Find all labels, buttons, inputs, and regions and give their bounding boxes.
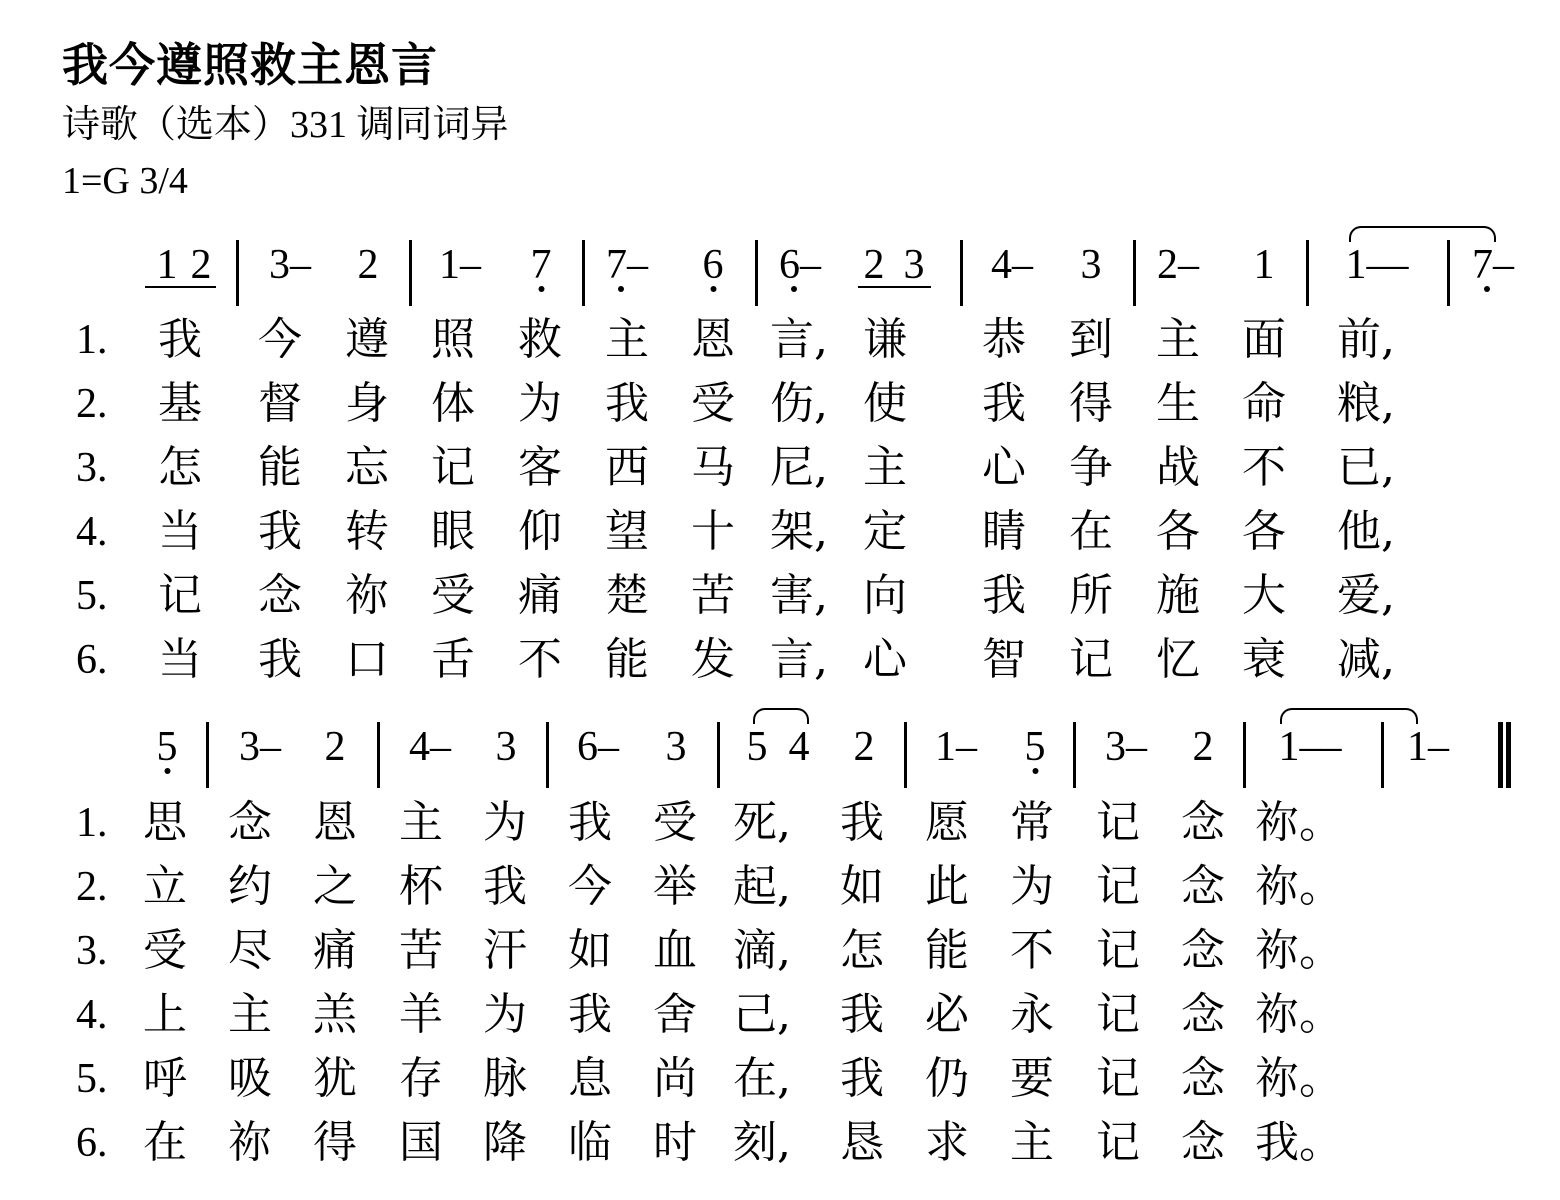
jianpu-note: 3 (904, 240, 925, 290)
lyric-syllable: 记 (1096, 921, 1140, 981)
lower-octave-dot (791, 286, 797, 292)
jianpu-note: 7– (1472, 240, 1514, 290)
lyric-syllable: 起, (733, 857, 791, 917)
lyric-syllable: 临 (568, 1113, 612, 1173)
jianpu-note: 2 (358, 240, 379, 290)
jianpu-note: 4– (409, 722, 451, 772)
lyric-syllable: 口 (345, 630, 389, 690)
lyric-syllable: 忆 (1156, 630, 1200, 690)
lyric-syllable: 发 (691, 630, 735, 690)
lyric-syllable: 恩 (313, 793, 357, 853)
lyric-syllable: 记 (1096, 1113, 1140, 1173)
lyric-syllable: 今 (258, 310, 302, 370)
lyric-syllable: 西 (605, 438, 649, 498)
jianpu-note: 1 (1254, 240, 1275, 290)
lyric-syllable: 言, (770, 630, 828, 690)
tie-slur (1280, 708, 1418, 724)
lyric-syllable: 仰 (518, 502, 562, 562)
lyric-syllable: 今 (568, 857, 612, 917)
jianpu-note: 6 (703, 240, 724, 290)
lyric-syllable: 此 (925, 857, 969, 917)
lyric-syllable: 言, (770, 310, 828, 370)
lyric-syllable: 呼 (143, 1049, 187, 1109)
lyric-syllable: 时 (653, 1113, 697, 1173)
lyric-syllable: 眼 (431, 502, 475, 562)
jianpu-note: 1–– (1279, 722, 1342, 772)
lyric-syllable: 马 (691, 438, 735, 498)
lyric-syllable: 血 (653, 921, 697, 981)
lyric-syllable: 念 (258, 566, 302, 626)
lyric-syllable: 转 (345, 502, 389, 562)
jianpu-note: 1– (439, 240, 481, 290)
verse-number: 4. (76, 985, 108, 1045)
lyric-syllable: 客 (518, 438, 562, 498)
lyric-syllable: 必 (925, 985, 969, 1045)
lyric-syllable: 我 (982, 566, 1026, 626)
lyric-syllable: 爱, (1337, 566, 1395, 626)
lyric-syllable: 恩 (691, 310, 735, 370)
lyric-syllable: 要 (1010, 1049, 1054, 1109)
jianpu-note: 2 (864, 240, 885, 290)
lyric-syllable: 望 (605, 502, 649, 562)
lyric-syllable: 脉 (483, 1049, 527, 1109)
lyric-syllable: 各 (1156, 502, 1200, 562)
bar-line (904, 722, 907, 788)
lyric-syllable: 主 (1010, 1113, 1054, 1173)
lyric-syllable: 害, (770, 566, 828, 626)
lyric-syllable: 遵 (345, 310, 389, 370)
bar-line (546, 722, 549, 788)
verse-number: 2. (76, 857, 108, 917)
lyric-syllable: 吸 (228, 1049, 272, 1109)
lower-octave-dot (618, 286, 624, 292)
lyric-syllable: 督 (258, 374, 302, 434)
lyric-syllable: 照 (431, 310, 475, 370)
bar-line (960, 240, 963, 306)
lyric-syllable: 念 (1181, 793, 1225, 853)
lyric-syllable: 不 (1242, 438, 1286, 498)
lower-octave-dot (538, 286, 544, 292)
tie-slur (1349, 226, 1496, 242)
jianpu-note: 3 (1081, 240, 1102, 290)
bar-line (206, 722, 209, 788)
jianpu-note: 3– (269, 240, 311, 290)
lyric-syllable: 各 (1242, 502, 1286, 562)
jianpu-note: 2 (325, 722, 346, 772)
lyric-syllable: 念 (1181, 857, 1225, 917)
lyric-syllable: 我 (568, 793, 612, 853)
bar-line (1133, 240, 1136, 306)
lyric-syllable: 智 (982, 630, 1026, 690)
lyric-syllable: 立 (143, 857, 187, 917)
lyric-syllable: 在, (733, 1049, 791, 1109)
jianpu-note: 3– (1105, 722, 1147, 772)
hymn-subtitle: 诗歌（选本）331 调同词异 (62, 100, 509, 150)
lyric-syllable: 命 (1242, 374, 1286, 434)
lyric-syllable: 犹 (313, 1049, 357, 1109)
lyric-syllable: 谦 (863, 310, 907, 370)
lyric-syllable: 为 (483, 793, 527, 853)
lyric-syllable: 之 (313, 857, 357, 917)
lyric-syllable: 心 (982, 438, 1026, 498)
lyric-syllable: 主 (399, 793, 443, 853)
lyric-syllable: 记 (1069, 630, 1113, 690)
lyric-syllable: 我 (258, 502, 302, 562)
bar-line (582, 240, 585, 306)
lyric-syllable: 得 (313, 1113, 357, 1173)
lyric-syllable: 我 (158, 310, 202, 370)
jianpu-note: 6– (577, 722, 619, 772)
lyric-syllable: 能 (258, 438, 302, 498)
lyric-syllable: 记 (1096, 857, 1140, 917)
lyric-syllable: 为 (1010, 857, 1054, 917)
lyric-syllable: 当 (158, 502, 202, 562)
lyric-syllable: 祢 (228, 1113, 272, 1173)
jianpu-note: 1–– (1346, 240, 1409, 290)
verse-number: 1. (76, 310, 108, 370)
lower-octave-dot (1032, 768, 1038, 774)
lyric-syllable: 定 (863, 502, 907, 562)
lyric-syllable: 主 (1156, 310, 1200, 370)
lyric-syllable: 受 (431, 566, 475, 626)
jianpu-note: 5 (1025, 722, 1046, 772)
lyric-syllable: 我。 (1255, 1113, 1343, 1173)
lyric-syllable: 向 (863, 566, 907, 626)
lyric-syllable: 存 (399, 1049, 443, 1109)
lyric-syllable: 不 (518, 630, 562, 690)
lyric-syllable: 如 (840, 857, 884, 917)
lyric-syllable: 苦 (399, 921, 443, 981)
lyric-syllable: 体 (431, 374, 475, 434)
lyric-syllable: 我 (605, 374, 649, 434)
lyric-syllable: 楚 (605, 566, 649, 626)
lyric-syllable: 当 (158, 630, 202, 690)
lyric-syllable: 尚 (653, 1049, 697, 1109)
lyric-syllable: 祢 (345, 566, 389, 626)
lyric-syllable: 祢。 (1255, 1049, 1343, 1109)
verse-number: 1. (76, 793, 108, 853)
lyric-syllable: 十 (691, 502, 735, 562)
jianpu-note: 2– (1157, 240, 1199, 290)
lyric-syllable: 记 (158, 566, 202, 626)
lyric-syllable: 争 (1069, 438, 1113, 498)
lyric-syllable: 愿 (925, 793, 969, 853)
lyric-syllable: 己, (733, 985, 791, 1045)
lyric-syllable: 常 (1010, 793, 1054, 853)
lyric-syllable: 大 (1242, 566, 1286, 626)
lyric-syllable: 念 (1181, 985, 1225, 1045)
jianpu-note: 2 (1193, 722, 1214, 772)
jianpu-note: 4– (991, 240, 1033, 290)
lower-octave-dot (710, 286, 716, 292)
lyric-syllable: 杯 (399, 857, 443, 917)
lyric-syllable: 记 (431, 438, 475, 498)
lyric-syllable: 滴, (733, 921, 791, 981)
final-bar-line (1506, 722, 1511, 788)
lyric-syllable: 架, (770, 502, 828, 562)
lyric-syllable: 粮, (1337, 374, 1395, 434)
bar-line (1447, 240, 1450, 306)
lyric-syllable: 忘 (345, 438, 389, 498)
lyric-syllable: 为 (483, 985, 527, 1045)
lyric-syllable: 上 (143, 985, 187, 1045)
lyric-syllable: 已, (1337, 438, 1395, 498)
lyric-syllable: 使 (863, 374, 907, 434)
lyric-syllable: 永 (1010, 985, 1054, 1045)
lyric-syllable: 求 (925, 1113, 969, 1173)
lyric-syllable: 我 (568, 985, 612, 1045)
lyric-syllable: 羔 (313, 985, 357, 1045)
jianpu-note: 5 (747, 722, 768, 772)
lyric-syllable: 不 (1010, 921, 1054, 981)
jianpu-note: 6– (779, 240, 821, 290)
lyric-syllable: 祢。 (1255, 857, 1343, 917)
lyric-syllable: 我 (840, 793, 884, 853)
lower-octave-dot (164, 768, 170, 774)
lyric-syllable: 尽 (228, 921, 272, 981)
lyric-syllable: 痛 (313, 921, 357, 981)
lyric-syllable: 受 (653, 793, 697, 853)
lyric-syllable: 主 (228, 985, 272, 1045)
lyric-syllable: 救 (518, 310, 562, 370)
lyric-syllable: 恭 (982, 310, 1026, 370)
lyric-syllable: 念 (1181, 921, 1225, 981)
verse-number: 4. (76, 502, 108, 562)
lyric-syllable: 得 (1069, 374, 1113, 434)
lyric-syllable: 祢。 (1255, 793, 1343, 853)
lyric-syllable: 记 (1096, 793, 1140, 853)
bar-line (1306, 240, 1309, 306)
lyric-syllable: 战 (1156, 438, 1200, 498)
bar-line (755, 240, 758, 306)
lyric-syllable: 死, (733, 793, 791, 853)
lyric-syllable: 降 (483, 1113, 527, 1173)
jianpu-note: 5 (157, 722, 178, 772)
lyric-syllable: 我 (840, 1049, 884, 1109)
lyric-syllable: 举 (653, 857, 697, 917)
lyric-syllable: 舌 (431, 630, 475, 690)
lyric-syllable: 息 (568, 1049, 612, 1109)
lyric-syllable: 思 (143, 793, 187, 853)
lyric-syllable: 他, (1337, 502, 1395, 562)
lyric-syllable: 主 (863, 438, 907, 498)
lyric-syllable: 减, (1337, 630, 1395, 690)
lyric-syllable: 恳 (840, 1113, 884, 1173)
lyric-syllable: 仍 (925, 1049, 969, 1109)
lyric-syllable: 基 (158, 374, 202, 434)
lyric-syllable: 念 (228, 793, 272, 853)
lyric-syllable: 刻, (733, 1113, 791, 1173)
jianpu-note: 3 (666, 722, 687, 772)
verse-number: 6. (76, 1113, 108, 1173)
lyric-syllable: 祢。 (1255, 921, 1343, 981)
eighth-note-underline (145, 286, 216, 288)
lyric-syllable: 我 (982, 374, 1026, 434)
lyric-syllable: 舍 (653, 985, 697, 1045)
lyric-syllable: 念 (1181, 1049, 1225, 1109)
verse-number: 3. (76, 438, 108, 498)
lyric-syllable: 尼, (770, 438, 828, 498)
lyric-syllable: 国 (399, 1113, 443, 1173)
key-signature: 1=G 3/4 (62, 156, 188, 206)
lyric-syllable: 我 (483, 857, 527, 917)
bar-line (409, 240, 412, 306)
verse-number: 2. (76, 374, 108, 434)
lyric-syllable: 受 (691, 374, 735, 434)
bar-line (1381, 722, 1384, 788)
lyric-syllable: 为 (518, 374, 562, 434)
lyric-syllable: 身 (345, 374, 389, 434)
lyric-syllable: 怎 (840, 921, 884, 981)
lyric-syllable: 面 (1242, 310, 1286, 370)
eighth-note-underline (858, 286, 931, 288)
verse-number: 5. (76, 566, 108, 626)
lyric-syllable: 施 (1156, 566, 1200, 626)
lyric-syllable: 念 (1181, 1113, 1225, 1173)
lyric-syllable: 能 (605, 630, 649, 690)
verse-number: 3. (76, 921, 108, 981)
lyric-syllable: 所 (1069, 566, 1113, 626)
lyric-syllable: 约 (228, 857, 272, 917)
lyric-syllable: 心 (863, 630, 907, 690)
bar-line (1073, 722, 1076, 788)
bar-line (1243, 722, 1246, 788)
lyric-syllable: 汗 (483, 921, 527, 981)
final-bar-line (1498, 722, 1503, 788)
lyric-syllable: 祢。 (1255, 985, 1343, 1045)
lyric-syllable: 痛 (518, 566, 562, 626)
lyric-syllable: 如 (568, 921, 612, 981)
hymn-title: 我今遵照救主恩言 (62, 36, 438, 96)
lyric-syllable: 能 (925, 921, 969, 981)
lyric-syllable: 生 (1156, 374, 1200, 434)
lyric-syllable: 我 (840, 985, 884, 1045)
lyric-syllable: 受 (143, 921, 187, 981)
jianpu-note: 3– (239, 722, 281, 772)
jianpu-note: 4 (789, 722, 810, 772)
lyric-syllable: 在 (1069, 502, 1113, 562)
jianpu-note: 2 (854, 722, 875, 772)
bar-line (377, 722, 380, 788)
lyric-syllable: 到 (1069, 310, 1113, 370)
lyric-syllable: 在 (143, 1113, 187, 1173)
lyric-syllable: 伤, (770, 374, 828, 434)
lyric-syllable: 怎 (158, 438, 202, 498)
bar-line (236, 240, 239, 306)
lower-octave-dot (1484, 286, 1490, 292)
verse-number: 5. (76, 1049, 108, 1109)
lyric-syllable: 前, (1337, 310, 1395, 370)
verse-number: 6. (76, 630, 108, 690)
lyric-syllable: 记 (1096, 1049, 1140, 1109)
lyric-syllable: 主 (605, 310, 649, 370)
tie-slur (753, 708, 809, 724)
bar-line (717, 722, 720, 788)
jianpu-note: 1– (935, 722, 977, 772)
jianpu-note: 7 (531, 240, 552, 290)
jianpu-note: 2 (191, 240, 212, 290)
jianpu-note: 3 (496, 722, 517, 772)
lyric-syllable: 苦 (691, 566, 735, 626)
jianpu-note: 1 (157, 240, 178, 290)
lyric-syllable: 衰 (1242, 630, 1286, 690)
lyric-syllable: 记 (1096, 985, 1140, 1045)
lyric-syllable: 我 (258, 630, 302, 690)
lyric-syllable: 睛 (982, 502, 1026, 562)
jianpu-note: 1– (1407, 722, 1449, 772)
lyric-syllable: 羊 (399, 985, 443, 1045)
jianpu-note: 7– (606, 240, 648, 290)
